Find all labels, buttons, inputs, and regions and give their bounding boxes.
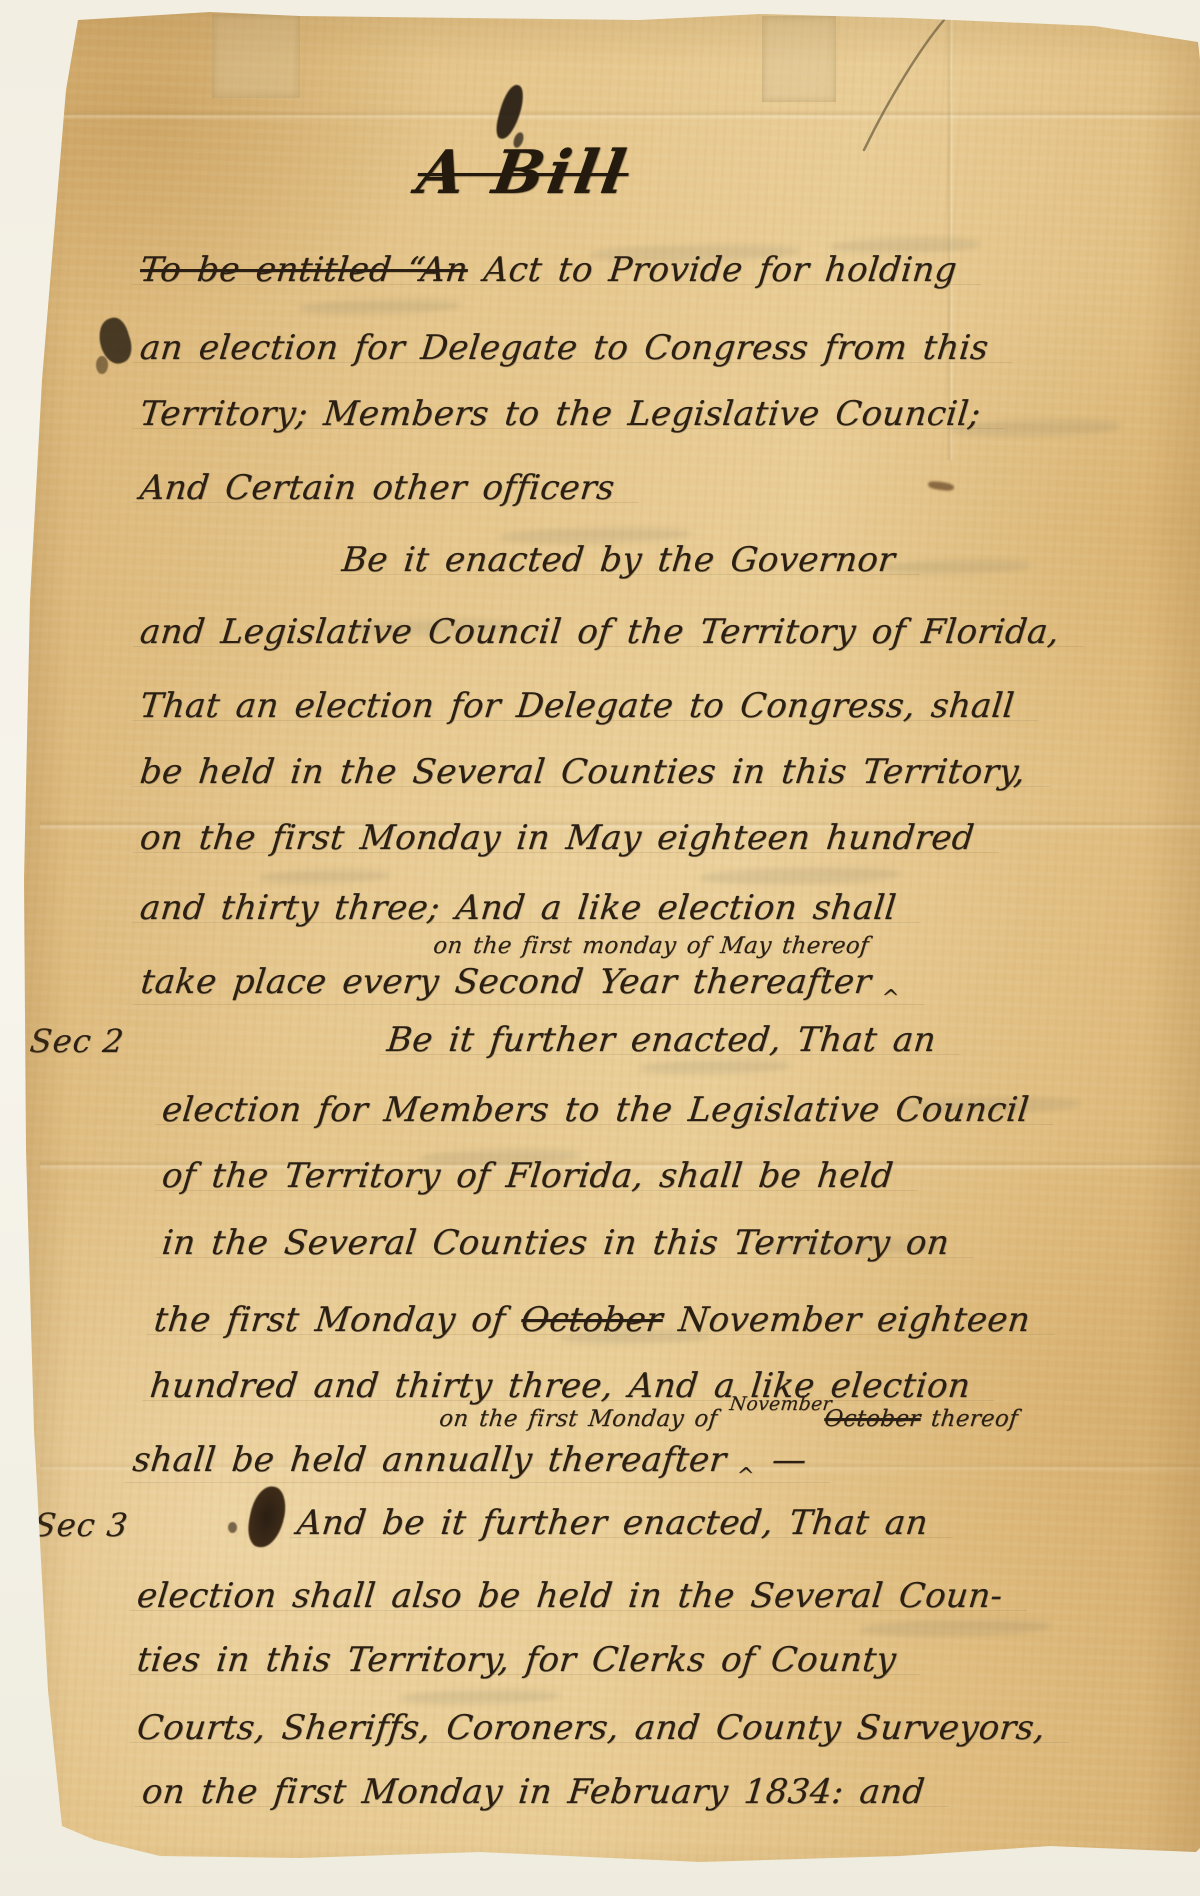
manuscript-line: and thirty three; And a like election sh… [138,888,898,928]
manuscript-line: election for Members to the Legislative … [160,1090,1031,1130]
handwritten-text: Courts, Sheriffs, Coroners, and County S… [135,1708,1047,1748]
handwritten-text: and Legislative Council of the Territory… [138,612,1061,652]
handwritten-text: shall be held annually thereafter [131,1440,728,1480]
document-scan: A Bill To be entitled “An Act to Provide… [0,0,1200,1896]
handwritten-text: take place every Second Year thereafter [139,962,873,1002]
manuscript-line: hundred and thirty three, And a like ele… [148,1366,972,1406]
bleed-through-smudge [398,1689,561,1706]
manuscript-line: ties in this Territory, for Clerks of Co… [135,1640,898,1680]
handwritten-text: ties in this Territory, for Clerks of Co… [135,1640,898,1680]
caret-insertion-mark: ^ [868,985,901,1010]
handwritten-text: Be it enacted by the Governor [340,540,897,580]
ink-blot [96,356,108,374]
tape-mark [762,16,836,102]
manuscript-line: of the Territory of Florida, shall be he… [160,1156,895,1196]
manuscript-paper: A Bill To be entitled “An Act to Provide… [0,0,1200,1896]
handwritten-text: Be it further enacted, That an [385,1020,938,1060]
handwritten-text: and thirty three; And a like election sh… [138,888,898,928]
bleed-through-smudge [878,559,1031,576]
handwritten-text: November eighteen [661,1300,1033,1340]
handwritten-text: And Certain other officers [138,468,617,508]
bleed-through-smudge [298,299,461,316]
manuscript-line: Be it enacted by the Governor [340,540,897,580]
manuscript-line: And Certain other officers [138,468,617,508]
handwritten-text: election shall also be held in the Sever… [135,1576,1004,1616]
manuscript-line: And be it further enacted, That an [295,1503,930,1543]
caret-insertion-mark: ^ [723,1463,756,1488]
struck-text: October [823,1406,922,1432]
bleed-through-smudge [858,1618,1052,1637]
pencil-mark [842,8,972,158]
handwritten-text: Act to Provide for holding [466,250,959,290]
handwritten-text: in the Several Counties in this Territor… [160,1223,951,1263]
fold-crease-horizontal [40,110,1200,120]
handwritten-text: on the first monday of May thereof [432,933,870,959]
manuscript-line: shall be held annually thereafter ^ — [130,1440,809,1488]
handwritten-text: election for Members to the Legislative … [160,1090,1031,1130]
handwritten-text: on the first Monday of [438,1406,729,1432]
handwritten-text: the first Monday of [152,1300,523,1340]
handwritten-text: Territory; Members to the Legislative Co… [138,394,983,434]
manuscript-line: on the first Monday in February 1834: an… [140,1772,927,1812]
handwritten-text: That an election for Delegate to Congres… [138,686,1016,726]
document-title: A Bill [412,138,634,208]
manuscript-line: To be entitled “An Act to Provide for ho… [138,250,959,290]
ink-blot [245,1484,289,1551]
manuscript-line: take place every Second Year thereafter … [138,962,903,1010]
manuscript-line: an election for Delegate to Congress fro… [138,328,990,368]
manuscript-line: election shall also be held in the Sever… [135,1576,1004,1616]
struck-text: To be entitled “An [138,250,470,290]
manuscript-line: That an election for Delegate to Congres… [138,686,1016,726]
manuscript-line: in the Several Counties in this Territor… [160,1223,951,1263]
handwritten-text: an election for Delegate to Congress fro… [138,328,990,368]
manuscript-line: Courts, Sheriffs, Coroners, and County S… [135,1708,1047,1748]
section-label: Sec 3 [32,1506,130,1544]
struck-text: October [519,1300,665,1340]
manuscript-line: be held in the Several Counties in this … [138,752,1027,792]
section-label: Sec 2 [28,1022,126,1060]
bleed-through-smudge [259,869,392,884]
superscript-correction: November [728,1393,833,1415]
manuscript-line: Be it further enacted, That an [385,1020,938,1060]
handwritten-text: on the first Monday in February 1834: an… [140,1772,927,1812]
handwritten-text: be held in the Several Counties in this … [138,752,1027,792]
ink-blot [228,1522,237,1533]
tape-mark [212,14,300,98]
bleed-through-smudge [638,1059,791,1076]
handwritten-text: And be it further enacted, That an [295,1503,930,1543]
manuscript-line: the first Monday of October November eig… [152,1300,1032,1340]
handwritten-text: on the first Monday in May eighteen hund… [138,818,976,858]
handwritten-text: — [754,1440,809,1480]
handwritten-text: thereof [919,1406,1019,1432]
bleed-through-smudge [698,866,902,885]
interlinear-insertion: on the first monday of May thereof [432,933,870,959]
manuscript-line: and Legislative Council of the Territory… [138,612,1061,652]
manuscript-line: Territory; Members to the Legislative Co… [138,394,983,434]
handwritten-text: hundred and thirty three, And a like ele… [148,1366,972,1406]
interlinear-insertion: on the first Monday of NovemberOctober t… [438,1406,1019,1432]
manuscript-line: on the first Monday in May eighteen hund… [138,818,976,858]
ink-smudge [928,480,955,492]
handwritten-text: of the Territory of Florida, shall be he… [160,1156,895,1196]
